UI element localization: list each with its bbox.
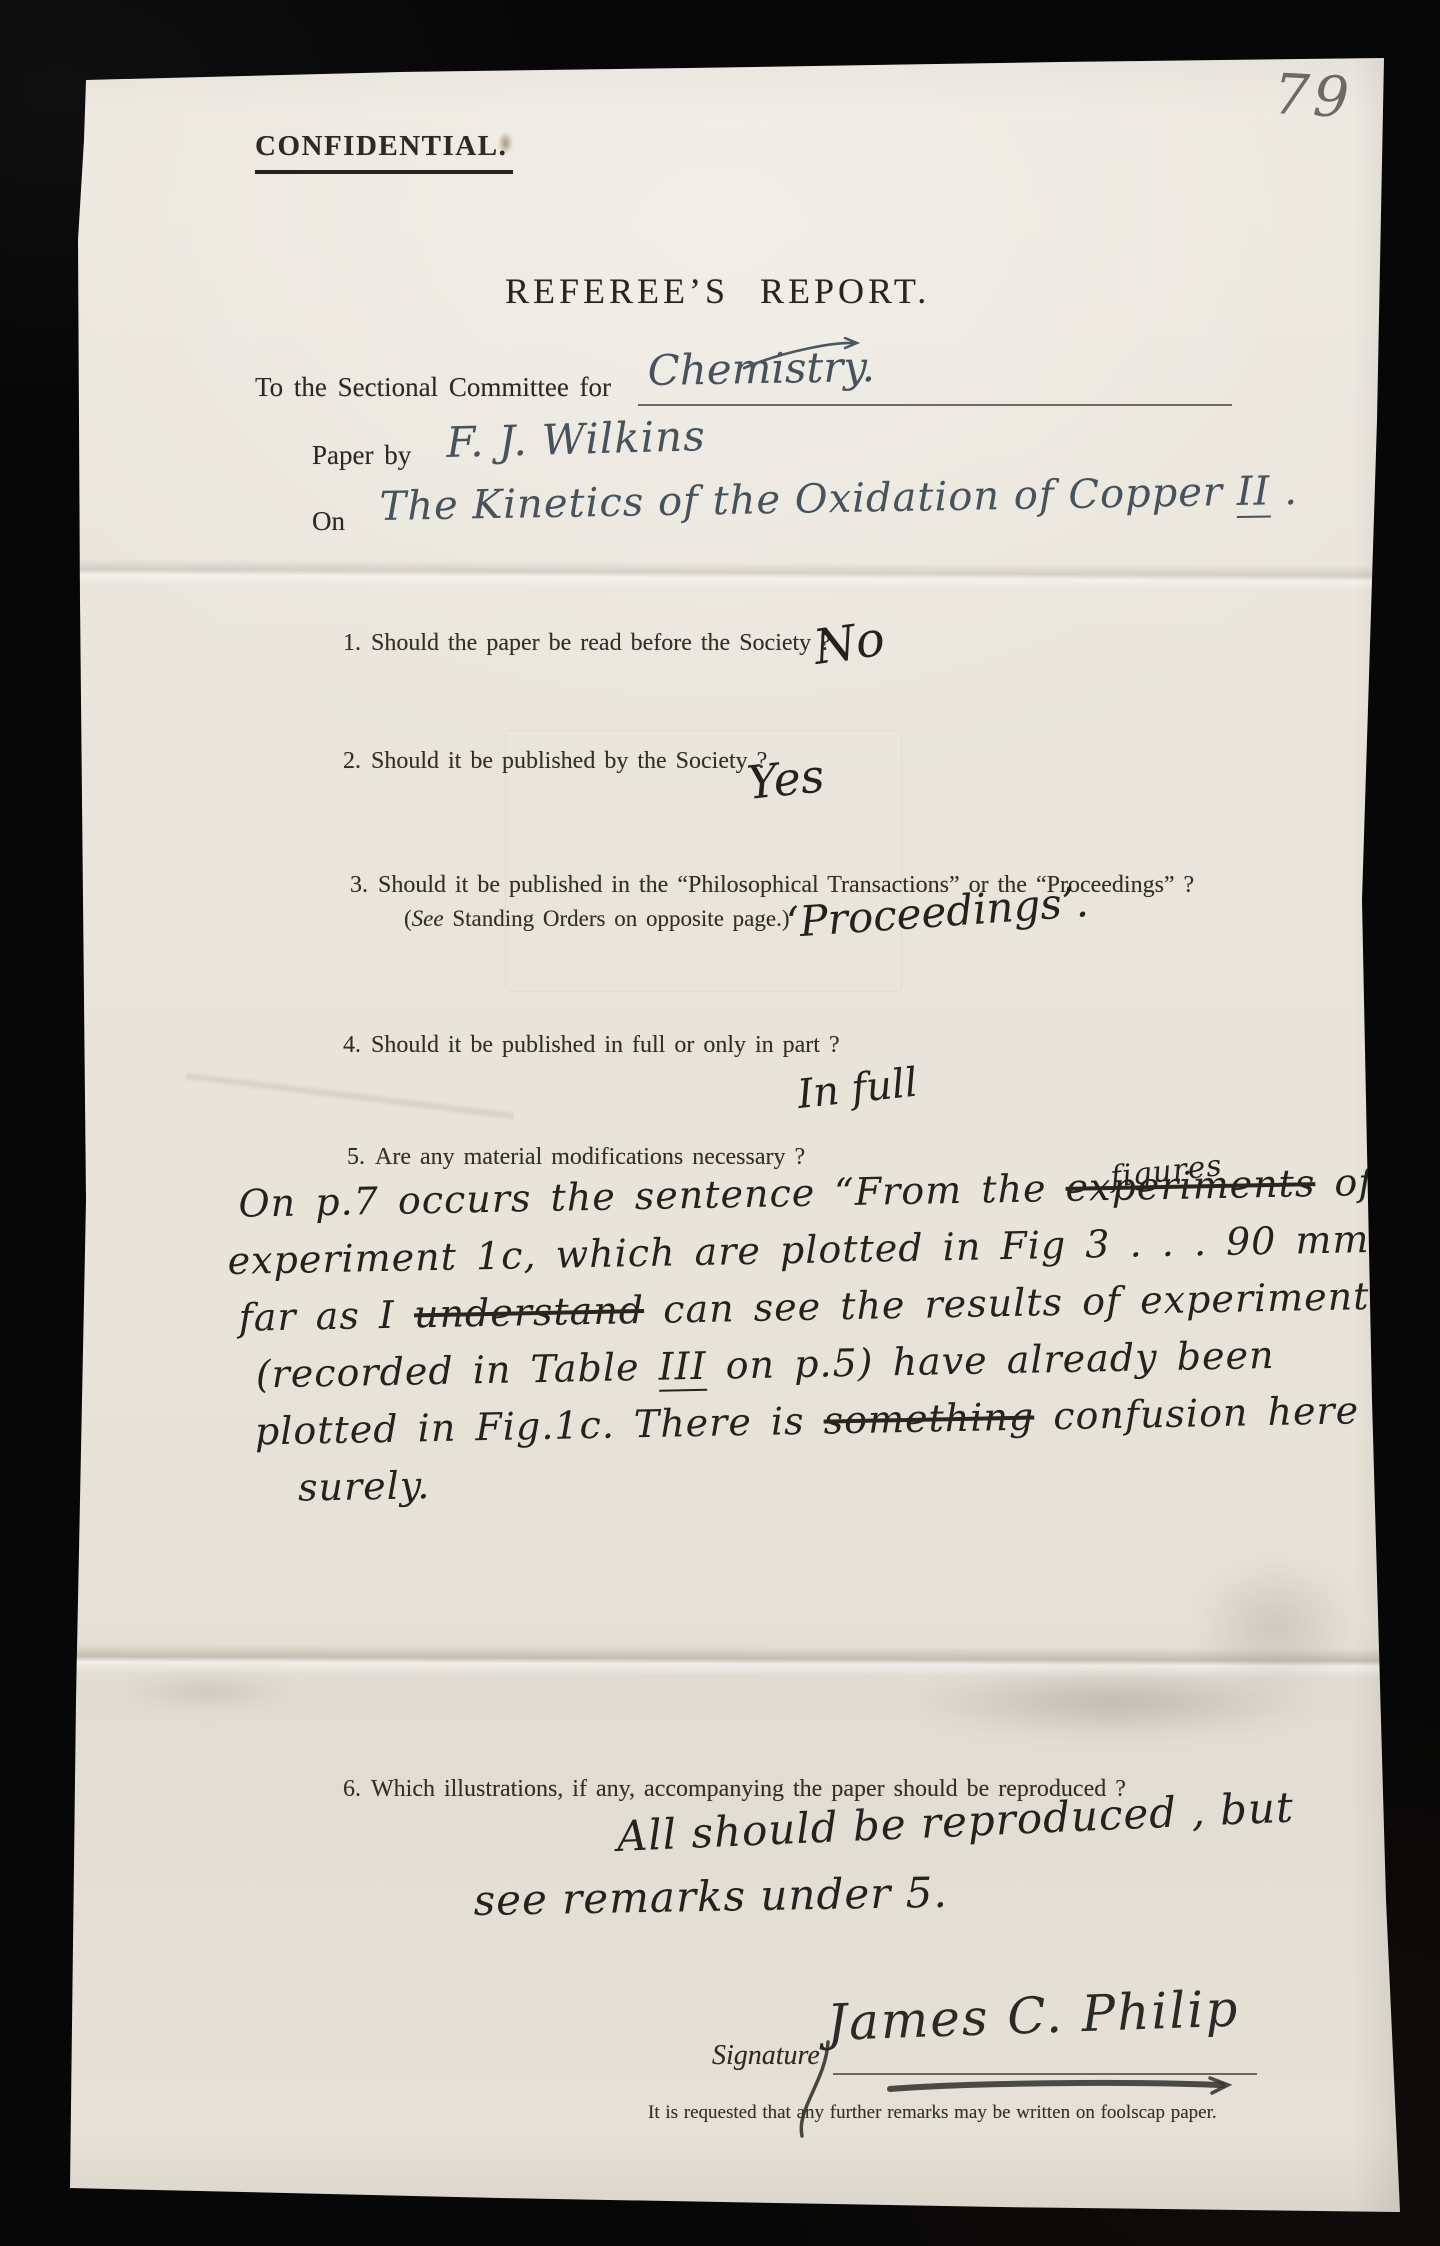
fold-crease-top-left xyxy=(60,0,338,40)
question-2-text: Should it be published by the Society ? xyxy=(371,748,767,774)
question-3-number: 3. xyxy=(350,872,368,898)
on-label: On xyxy=(312,506,345,537)
page-number-annotation: 79 xyxy=(1272,62,1355,131)
roman-numeral: III xyxy=(658,1344,707,1392)
roman-numeral-ii: II xyxy=(1236,468,1270,518)
footer-note: It is requested that any further remarks… xyxy=(648,2102,1217,2124)
question-5-number: 5. xyxy=(347,1144,365,1170)
q5-text-segment: (recorded in Table xyxy=(255,1345,659,1397)
smudge-mark-corner xyxy=(1160,1530,1390,1720)
question-2: 2.Should it be published by the Society … xyxy=(343,748,767,775)
q5-text-segment: plotted in Fig.1c. There is xyxy=(254,1399,824,1454)
question-4: 4.Should it be published in full or only… xyxy=(343,1032,840,1059)
signature-rule xyxy=(833,2073,1257,2075)
question-2-number: 2. xyxy=(343,748,361,774)
paper-title-text: The Kinetics of the Oxidation of Copper xyxy=(379,469,1237,530)
fold-crease-small xyxy=(185,1070,514,1122)
q5-text-segment: surely. xyxy=(298,1463,431,1510)
question-3-note-post: Standing Orders on opposite page.) xyxy=(444,906,790,931)
question-1-number: 1. xyxy=(343,630,361,656)
report-title: REFEREE’S REPORT. xyxy=(505,270,930,312)
signature-underline-stroke xyxy=(886,2076,1242,2098)
fold-crease-upper xyxy=(60,558,1400,591)
question-3-note-pre: ( xyxy=(404,906,412,931)
paper-sheet: CONFIDENTIAL. 79 REFEREE’S REPORT. To th… xyxy=(0,0,1440,2246)
question-4-number: 4. xyxy=(343,1032,361,1058)
classification-stamp: CONFIDENTIAL. xyxy=(255,130,513,174)
answer-6-line-2: see remarks under 5. xyxy=(473,1868,948,1925)
smudge-mark-right xyxy=(830,1655,1400,1750)
answer-2-yes: Yes xyxy=(744,748,826,810)
q5-text-segment: confusion here xyxy=(1034,1388,1360,1438)
signature-value: James C. Philip xyxy=(826,1980,1240,2052)
struck-word: understand xyxy=(414,1288,645,1336)
q5-text-segment: on p.5) have already been xyxy=(706,1333,1275,1388)
question-4-text: Should it be published in full or only i… xyxy=(371,1032,840,1058)
committee-value: Chemistry. xyxy=(647,342,875,395)
committee-rule xyxy=(638,404,1232,406)
answer-4-in-full: In full xyxy=(795,1060,920,1118)
struck-word: experimentsfigures xyxy=(1065,1161,1316,1210)
q5-text-segment: of xyxy=(1315,1160,1374,1205)
answer-1-no: No xyxy=(810,611,888,676)
committee-label: To the Sectional Committee for xyxy=(255,372,611,403)
q5-text-segment: far as I xyxy=(238,1292,414,1339)
signature-label: Signature xyxy=(712,2040,820,2072)
question-6-number: 6. xyxy=(343,1776,361,1802)
question-1-text: Should the paper be read before the Soci… xyxy=(371,630,831,656)
answer-5-paragraph: On p.7 occurs the sentence “From the exp… xyxy=(226,1153,1432,1518)
question-3-note-see: See xyxy=(412,906,444,931)
paper-title-value: The Kinetics of the Oxidation of Copper … xyxy=(379,468,1298,530)
inserted-word: figures xyxy=(1107,1136,1225,1205)
struck-word: something xyxy=(823,1395,1034,1443)
paper-by-value: F. J. Wilkins xyxy=(446,411,707,467)
q5-text-segment: can see the results of experiment 1c xyxy=(644,1273,1437,1332)
paper-by-label: Paper by xyxy=(312,440,411,471)
question-3-note: (See Standing Orders on opposite page.) xyxy=(404,906,789,932)
q5-text-segment: On p.7 occurs the sentence “From the xyxy=(238,1166,1066,1226)
paper-title-period: . xyxy=(1270,468,1298,514)
question-1: 1.Should the paper be read before the So… xyxy=(343,630,831,657)
smudge-mark-left xyxy=(88,1670,328,1714)
fold-crease-lower xyxy=(60,1644,1400,1679)
